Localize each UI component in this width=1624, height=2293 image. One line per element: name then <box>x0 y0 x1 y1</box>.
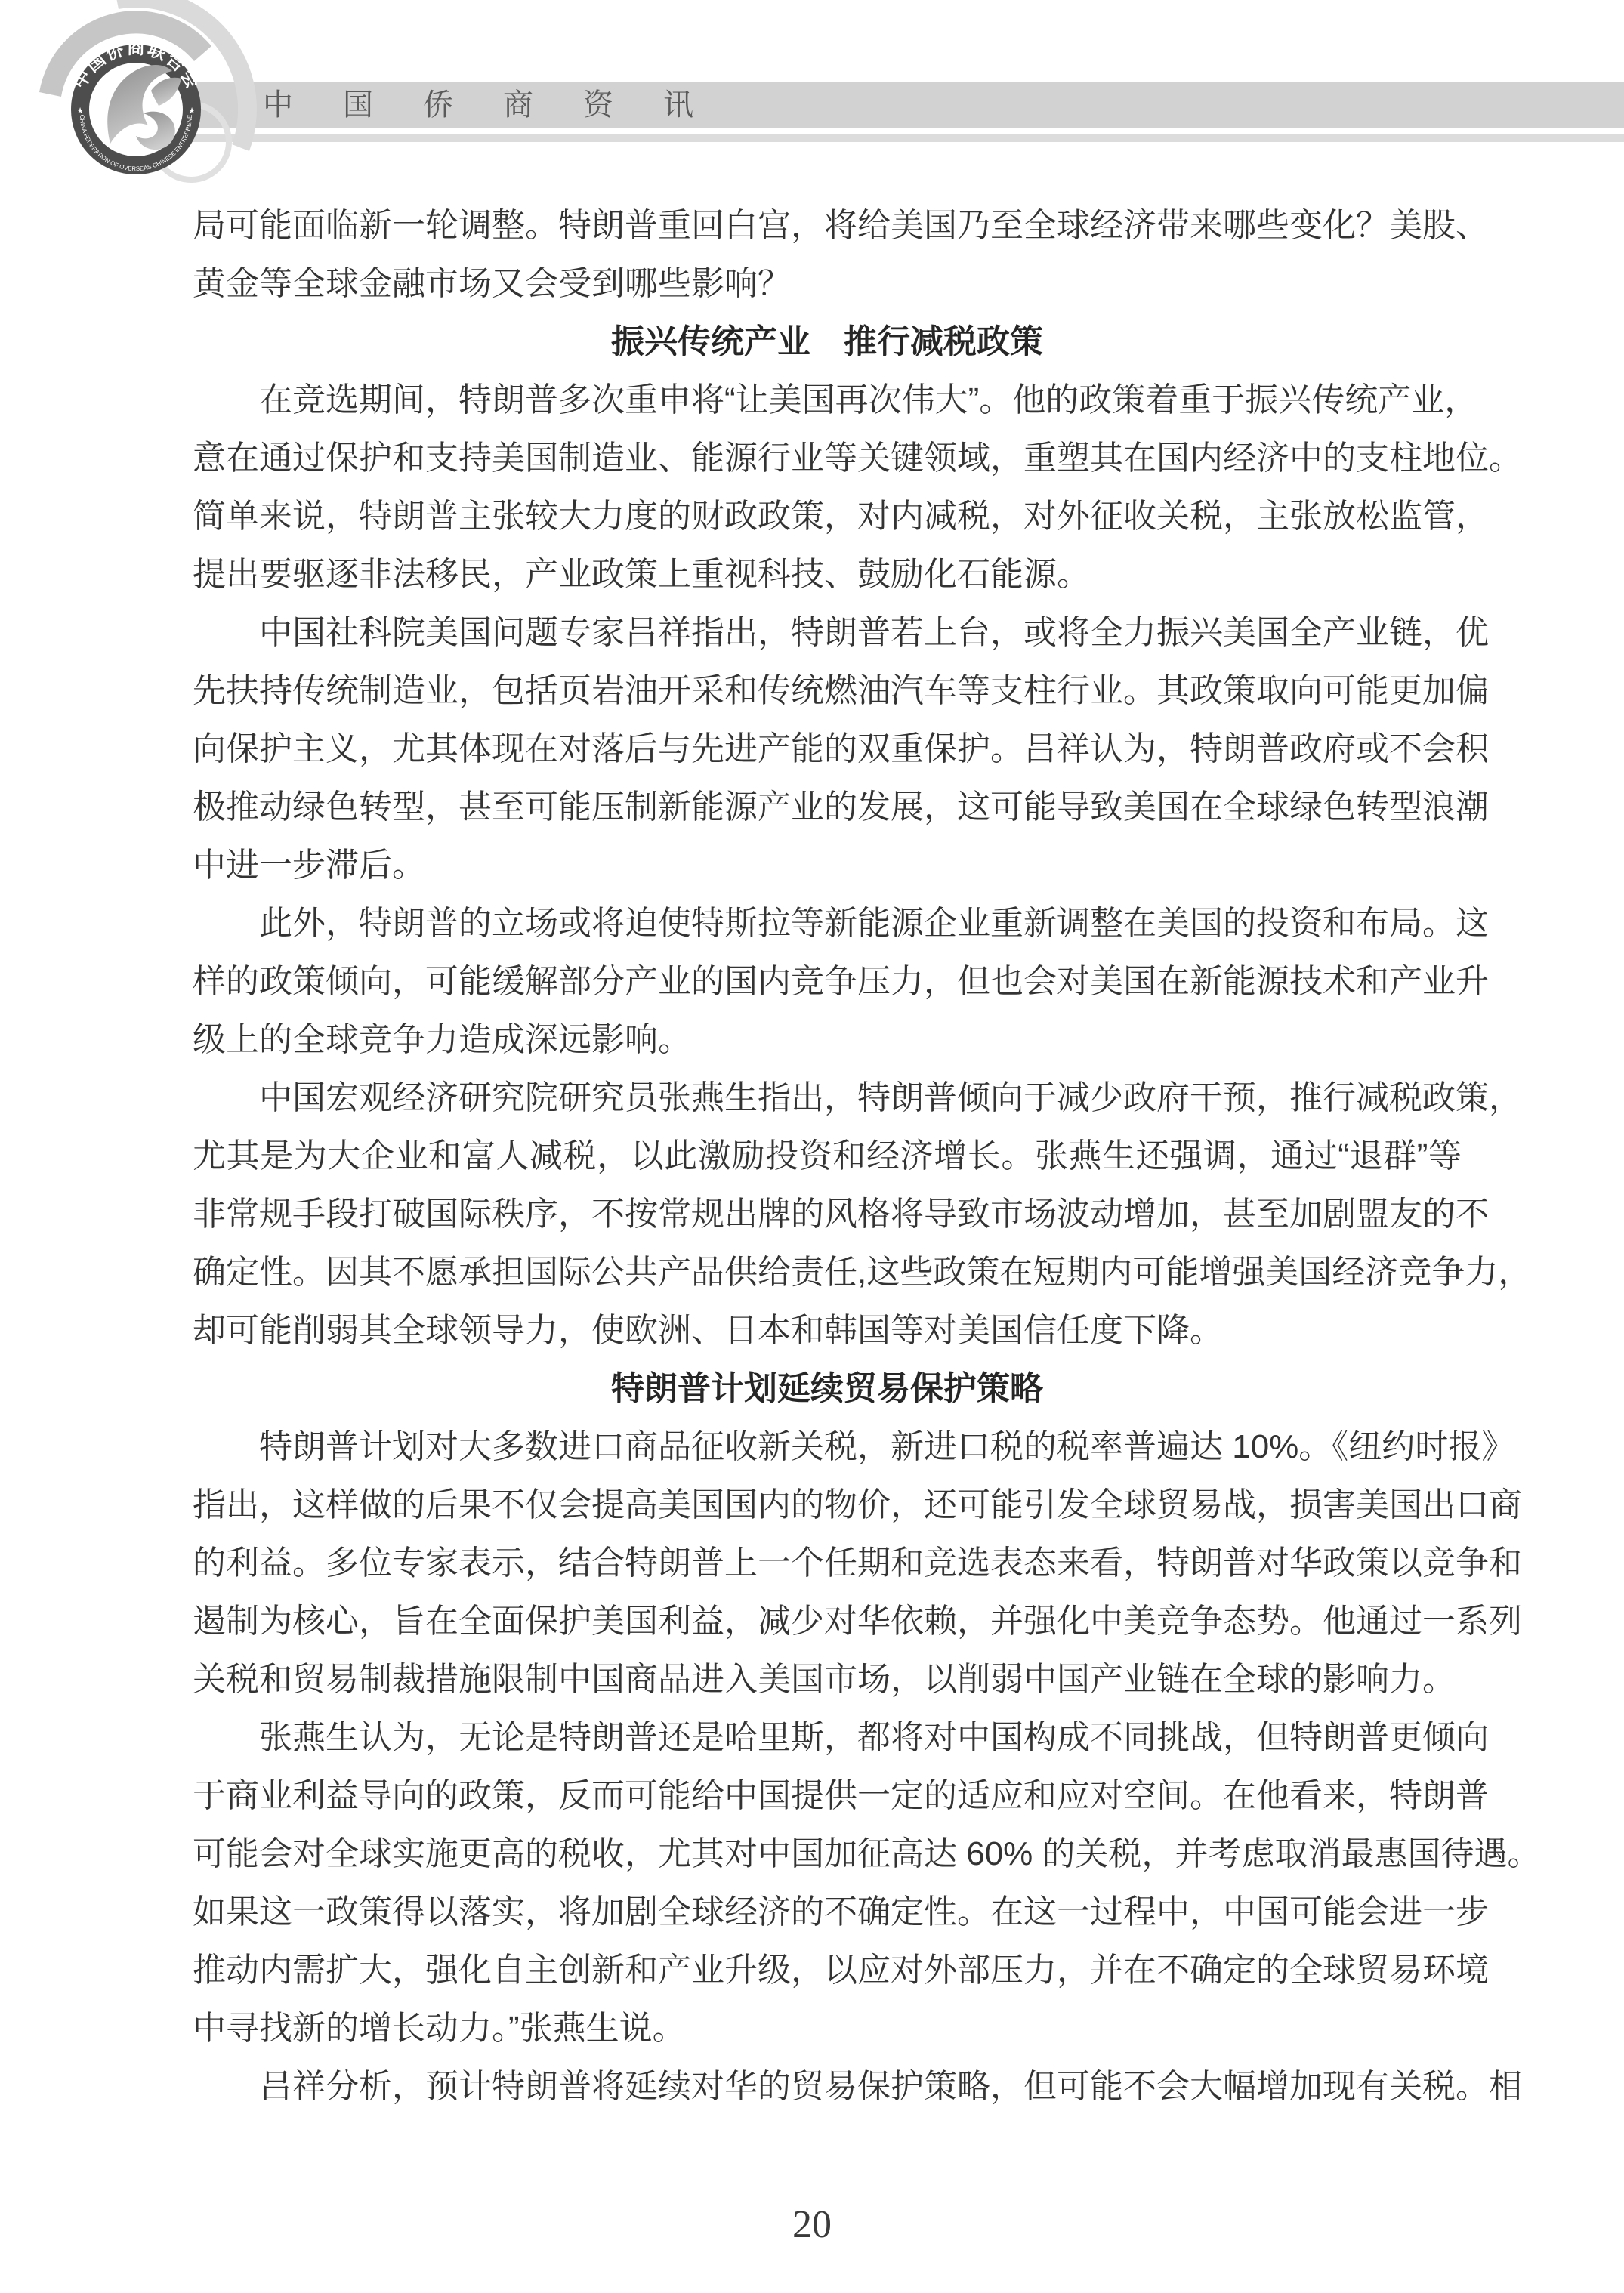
paragraph: 在竞选期间，特朗普多次重申将“让美国再次伟大”。他的政策着重于振兴传统产业，意在… <box>193 371 1462 603</box>
masthead-logo: 中国侨商联合会 CHINA FEDERATION OF OVERSEAS CHI… <box>38 0 295 261</box>
text-line: 中国社科院美国问题专家吕祥指出，特朗普若上台，或将全力振兴美国全产业链，优 <box>193 603 1462 662</box>
text-line: 中国宏观经济研究院研究员张燕生指出，特朗普倾向于减少政府干预，推行减税政策， <box>193 1069 1462 1127</box>
section-heading: 振兴传统产业 推行减税政策 <box>193 313 1462 371</box>
text-line: 特朗普计划对大多数进口商品征收新关税，新进口税的税率普遍达 10%。《纽约时报》 <box>193 1418 1462 1476</box>
paragraph: 此外，特朗普的立场或将迫使特斯拉等新能源企业重新调整在美国的投资和布局。这样的政… <box>193 894 1462 1069</box>
text-line: 可能会对全球实施更高的税收，尤其对中国加征高达 60% 的关税，并考虑取消最惠国… <box>193 1825 1462 1883</box>
page-number: 20 <box>0 2202 1624 2247</box>
logo-star-left-icon: ★ <box>76 106 84 116</box>
document-page: 中国侨商资讯 <box>0 0 1624 2293</box>
text-line: 意在通过保护和支持美国制造业、能源行业等关键领域，重塑其在国内经济中的支柱地位。 <box>193 429 1462 487</box>
text-line: 黄金等全球金融市场又会受到哪些影响？ <box>193 255 1462 313</box>
paragraph: 张燕生认为，无论是特朗普还是哈里斯，都将对中国构成不同挑战，但特朗普更倾向于商业… <box>193 1708 1462 2057</box>
text-line: 此外，特朗普的立场或将迫使特斯拉等新能源企业重新调整在美国的投资和布局。这 <box>193 894 1462 952</box>
text-line: 提出要驱逐非法移民，产业政策上重视科技、鼓励化石能源。 <box>193 545 1462 603</box>
paragraph: 吕祥分析，预计特朗普将延续对华的贸易保护策略，但可能不会大幅增加现有关税。相 <box>193 2057 1462 2116</box>
paragraph: 特朗普计划对大多数进口商品征收新关税，新进口税的税率普遍达 10%。《纽约时报》… <box>193 1418 1462 1708</box>
banner-accent-bar <box>175 134 1624 142</box>
text-line: 先扶持传统制造业，包括页岩油开采和传统燃油汽车等支柱行业。其政策取向可能更加偏 <box>193 662 1462 720</box>
cfoce-logo: 中国侨商联合会 CHINA FEDERATION OF OVERSEAS CHI… <box>38 0 295 261</box>
text-line: 样的政策倾向，可能缓解部分产业的国内竞争压力，但也会对美国在新能源技术和产业升 <box>193 952 1462 1011</box>
text-line: 极推动绿色转型，甚至可能压制新能源产业的发展，这可能导致美国在全球绿色转型浪潮 <box>193 778 1462 836</box>
section-heading: 特朗普计划延续贸易保护策略 <box>193 1359 1462 1418</box>
text-line: 于商业利益导向的政策，反而可能给中国提供一定的适应和应对空间。在他看来，特朗普 <box>193 1767 1462 1825</box>
text-line: 遏制为核心，旨在全面保护美国利益，减少对华依赖，并强化中美竞争态势。他通过一系列 <box>193 1592 1462 1650</box>
text-line: 推动内需扩大，强化自主创新和产业升级，以应对外部压力，并在不确定的全球贸易环境 <box>193 1941 1462 1999</box>
article: 局可能面临新一轮调整。特朗普重回白宫，将给美国乃至全球经济带来哪些变化？美股、黄… <box>193 196 1462 2116</box>
text-line: 级上的全球竞争力造成深远影响。 <box>193 1011 1462 1069</box>
text-line: 吕祥分析，预计特朗普将延续对华的贸易保护策略，但可能不会大幅增加现有关税。相 <box>193 2057 1462 2116</box>
text-line: 的利益。多位专家表示，结合特朗普上一个任期和竞选表态来看，特朗普对华政策以竞争和 <box>193 1534 1462 1592</box>
paragraph: 中国社科院美国问题专家吕祥指出，特朗普若上台，或将全力振兴美国全产业链，优先扶持… <box>193 603 1462 894</box>
text-line: 却可能削弱其全球领导力，使欧洲、日本和韩国等对美国信任度下降。 <box>193 1301 1462 1359</box>
text-line: 简单来说，特朗普主张较大力度的财政政策，对内减税，对外征收关税，主张放松监管， <box>193 487 1462 545</box>
banner-title: 中国侨商资讯 <box>263 82 743 128</box>
text-line: 确定性。因其不愿承担国际公共产品供给责任,这些政策在短期内可能增强美国经济竞争力… <box>193 1243 1462 1301</box>
text-line: 中寻找新的增长动力。”张燕生说。 <box>193 1999 1462 2057</box>
paragraph: 局可能面临新一轮调整。特朗普重回白宫，将给美国乃至全球经济带来哪些变化？美股、黄… <box>193 196 1462 313</box>
text-line: 尤其是为大企业和富人减税，以此激励投资和经济增长。张燕生还强调，通过“退群”等 <box>193 1127 1462 1185</box>
text-line: 局可能面临新一轮调整。特朗普重回白宫，将给美国乃至全球经济带来哪些变化？美股、 <box>193 196 1462 255</box>
text-line: 非常规手段打破国际秩序，不按常规出牌的风格将导致市场波动增加，甚至加剧盟友的不 <box>193 1185 1462 1243</box>
paragraph: 中国宏观经济研究院研究员张燕生指出，特朗普倾向于减少政府干预，推行减税政策，尤其… <box>193 1069 1462 1359</box>
text-line: 中进一步滞后。 <box>193 836 1462 894</box>
text-line: 张燕生认为，无论是特朗普还是哈里斯，都将对中国构成不同挑战，但特朗普更倾向 <box>193 1708 1462 1767</box>
text-line: 向保护主义，尤其体现在对落后与先进产能的双重保护。吕祥认为，特朗普政府或不会积 <box>193 720 1462 778</box>
text-line: 指出，这样做的后果不仅会提高美国国内的物价，还可能引发全球贸易战，损害美国出口商 <box>193 1476 1462 1534</box>
text-line: 在竞选期间，特朗普多次重申将“让美国再次伟大”。他的政策着重于振兴传统产业， <box>193 371 1462 429</box>
text-line: 如果这一政策得以落实，将加剧全球经济的不确定性。在这一过程中，中国可能会进一步 <box>193 1883 1462 1941</box>
text-line: 关税和贸易制裁措施限制中国商品进入美国市场，以削弱中国产业链在全球的影响力。 <box>193 1650 1462 1708</box>
logo-star-right-icon: ★ <box>188 106 196 116</box>
